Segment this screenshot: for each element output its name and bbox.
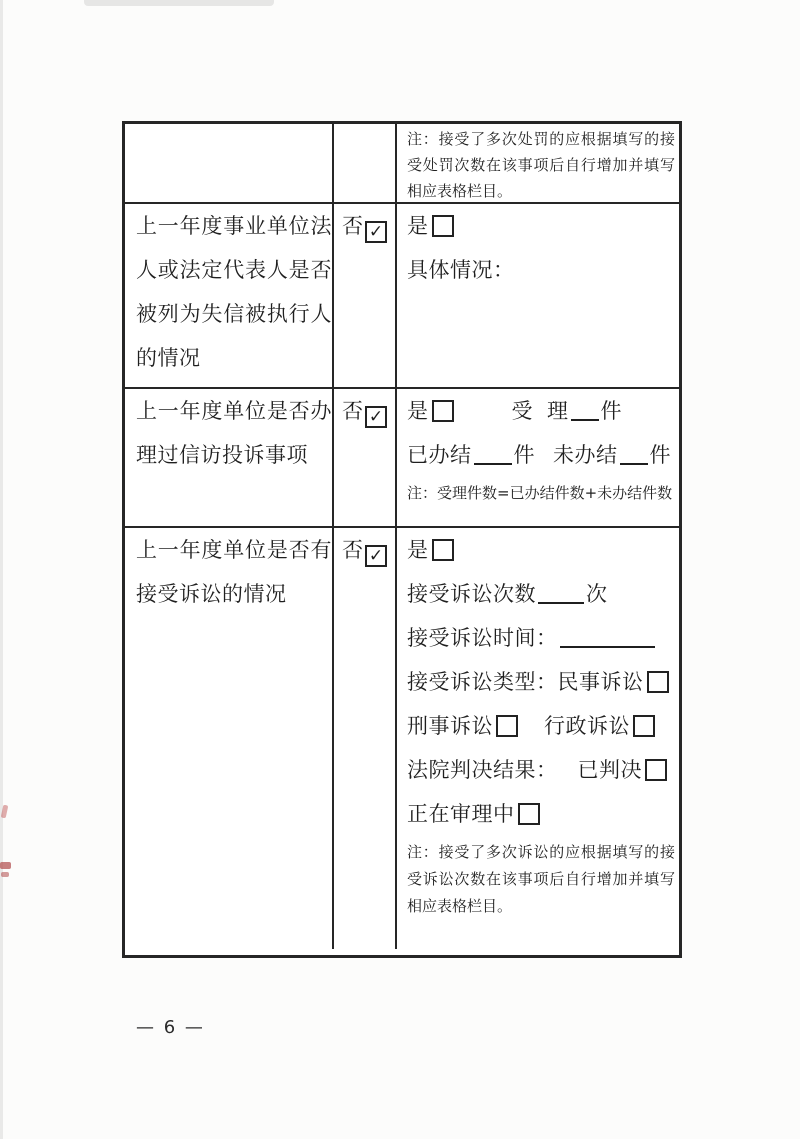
detail-cell: 是具体情况： [395, 204, 679, 387]
checkbox-empty-icon [432, 400, 454, 422]
no-answer-cell: 否✓ [332, 389, 395, 526]
main-line: 是 [407, 204, 675, 248]
text-segment: 是 [407, 399, 429, 423]
no-answer-cell [332, 124, 395, 202]
detail-cell: 注：接受了多次处罚的应根据填写的接受处罚次数在该事项后自行增加并填写相应表格栏目… [395, 124, 679, 202]
red-ink-speck [0, 862, 11, 869]
text-segment: 法院判决结果： [407, 758, 558, 782]
main-line: 正在审理中 [407, 792, 675, 836]
note-line: 注：接受了多次处罚的应根据填写的接受处罚次数在该事项后自行增加并填写相应表格栏目… [407, 126, 675, 202]
text-segment: 次 [586, 582, 608, 606]
text-segment: 接受诉讼类型：民事诉讼 [407, 670, 644, 694]
main-line: 刑事诉讼行政诉讼 [407, 704, 675, 748]
fill-in-blank [474, 463, 512, 465]
text-segment: 件 [601, 399, 623, 423]
text-segment: 理 [547, 399, 569, 423]
fill-in-blank [571, 419, 599, 421]
checkbox-empty-icon [647, 671, 669, 693]
row-penalty-note-continued: 注：接受了多次处罚的应根据填写的接受处罚次数在该事项后自行增加并填写相应表格栏目… [125, 124, 679, 202]
text-segment: 是 [407, 538, 429, 562]
item-cell: 上一年度单位是否有接受诉讼的情况 [125, 528, 332, 949]
text-segment: 已办结 [407, 443, 472, 467]
main-line: 接受诉讼次数次 [407, 572, 675, 616]
checkbox-empty-icon [432, 215, 454, 237]
detail-cell: 是接受诉讼次数次接受诉讼时间：接受诉讼类型：民事诉讼刑事诉讼行政诉讼法院判决结果… [395, 528, 679, 949]
main-line: 接受诉讼时间： [407, 616, 675, 660]
scan-edge-artifact [0, 0, 3, 1139]
text-segment: 已判决 [578, 758, 643, 782]
row-dishonest-executee: 上一年度事业单位法人或法定代表人是否被列为失信被执行人的情况否✓是具体情况： [125, 202, 679, 387]
checkbox-empty-icon [496, 715, 518, 737]
note-line: 注：接受了多次诉讼的应根据填写的接受诉讼次数在该事项后自行增加并填写相应表格栏目… [407, 839, 675, 920]
report-form-table: 注：接受了多次处罚的应根据填写的接受处罚次数在该事项后自行增加并填写相应表格栏目… [122, 121, 682, 958]
text-segment: 具体情况： [407, 258, 515, 282]
fill-in-blank [560, 646, 655, 648]
no-label: 否 [342, 399, 363, 423]
item-cell: 上一年度单位是否办理过信访投诉事项 [125, 389, 332, 526]
page-number: — 6 — [136, 1017, 205, 1038]
fill-in-blank [538, 602, 584, 604]
text-segment: 注：接受了多次处罚的应根据填写的接受处罚次数在该事项后自行增加并填写相应表格栏目… [407, 130, 675, 200]
checkbox-checked-icon: ✓ [365, 545, 387, 567]
main-line: 法院判决结果：已判决 [407, 748, 675, 792]
red-ink-speck [1, 872, 9, 877]
checkbox-empty-icon [645, 759, 667, 781]
checkbox-checked-icon: ✓ [365, 406, 387, 428]
row-litigation: 上一年度单位是否有接受诉讼的情况否✓是接受诉讼次数次接受诉讼时间：接受诉讼类型：… [125, 526, 679, 949]
checkbox-empty-icon [633, 715, 655, 737]
spacer [535, 461, 553, 462]
text-segment: 件 [650, 443, 672, 467]
no-label: 否 [342, 214, 363, 238]
spacer [533, 417, 547, 418]
detail-cell: 是受理件已办结件未办结件注：受理件数=已办结件数+未办结件数 [395, 389, 679, 526]
item-cell: 上一年度事业单位法人或法定代表人是否被列为失信被执行人的情况 [125, 204, 332, 387]
checkbox-empty-icon [518, 803, 540, 825]
no-answer-cell: 否✓ [332, 528, 395, 949]
checkbox-empty-icon [432, 539, 454, 561]
item-cell [125, 124, 332, 202]
fill-in-blank [620, 463, 648, 465]
text-segment: 接受诉讼时间： [407, 626, 558, 650]
scan-smudge-artifact [84, 0, 274, 6]
text-segment: 是 [407, 214, 429, 238]
spacer [558, 776, 578, 777]
main-line: 具体情况： [407, 248, 675, 292]
text-segment: 受 [512, 399, 534, 423]
text-segment: 接受诉讼次数 [407, 582, 536, 606]
text-segment: 未办结 [553, 443, 618, 467]
no-answer-cell: 否✓ [332, 204, 395, 387]
text-segment: 刑事诉讼 [407, 714, 493, 738]
text-segment: 正在审理中 [407, 802, 515, 826]
no-label: 否 [342, 538, 363, 562]
text-segment: 件 [514, 443, 536, 467]
spacer [454, 417, 512, 418]
red-ink-speck [1, 805, 9, 819]
main-line: 是 [407, 528, 675, 572]
main-line: 已办结件未办结件 [407, 433, 675, 477]
main-line: 接受诉讼类型：民事诉讼 [407, 660, 675, 704]
note-line: 注：受理件数=已办结件数+未办结件数 [407, 480, 675, 507]
text-segment: 注：受理件数=已办结件数+未办结件数 [407, 484, 672, 502]
text-segment: 行政诉讼 [544, 714, 630, 738]
text-segment: 注：接受了多次诉讼的应根据填写的接受诉讼次数在该事项后自行增加并填写相应表格栏目… [407, 843, 675, 915]
spacer [518, 732, 544, 733]
main-line: 是受理件 [407, 389, 675, 433]
row-petition-complaints: 上一年度单位是否办理过信访投诉事项否✓是受理件已办结件未办结件注：受理件数=已办… [125, 387, 679, 526]
checkbox-checked-icon: ✓ [365, 221, 387, 243]
